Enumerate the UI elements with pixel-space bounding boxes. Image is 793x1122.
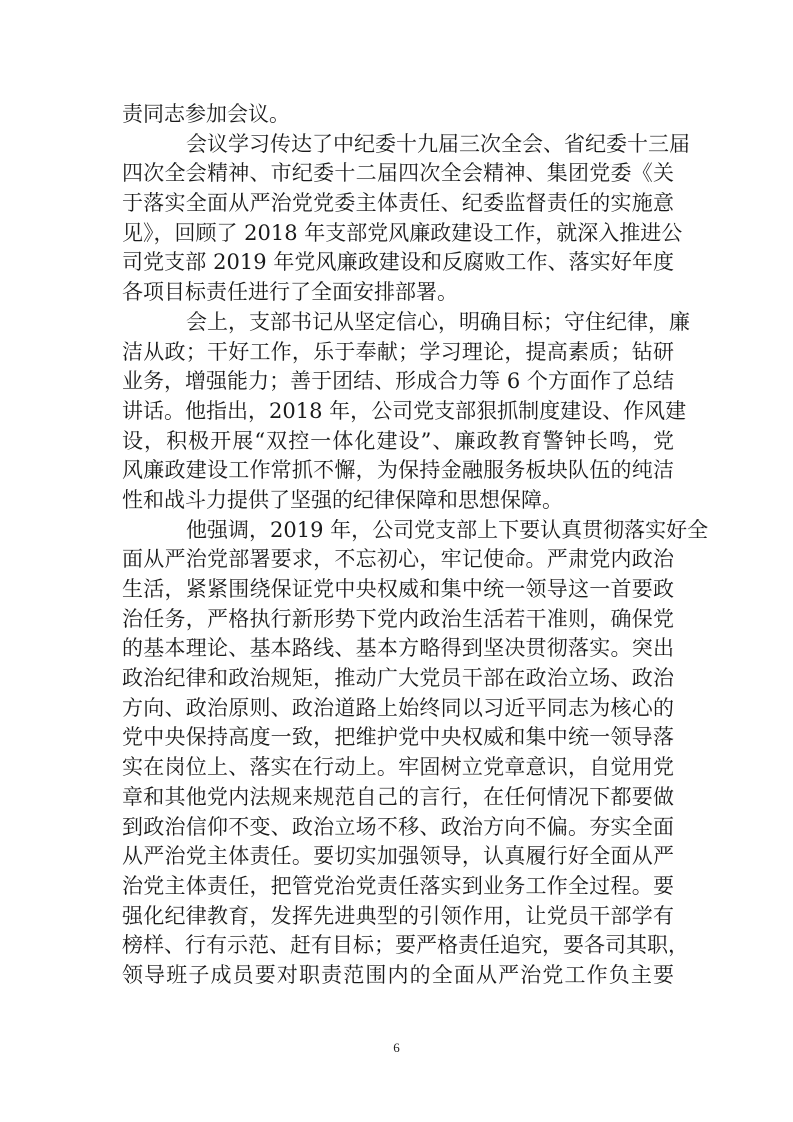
text-line: 面从严治党部署要求，不忘初心，牢记使命。严肃党内政治 [122, 545, 674, 575]
document-body: 责同志参加会议。会议学习传达了中纪委十九届三次全会、省纪委十三届四次全会精神、市… [122, 100, 674, 991]
text-line: 榜样、行有示范、赶有目标；要严格责任追究，要各司其职， [122, 931, 674, 961]
text-line: 强化纪律教育，发挥先进典型的引领作用，让党员干部学有 [122, 902, 674, 932]
text-line: 会上，支部书记从坚定信心，明确目标；守住纪律，廉 [122, 308, 674, 338]
text-line: 责同志参加会议。 [122, 100, 674, 130]
text-line: 到政治信仰不变、政治立场不移、政治方向不偏。夯实全面 [122, 813, 674, 843]
text-line: 政治纪律和政治规矩，推动广大党员干部在政治立场、政治 [122, 664, 674, 694]
text-line: 党中央保持高度一致，把维护党中央权威和集中统一领导落 [122, 723, 674, 753]
text-line: 司党支部 2019 年党风廉政建设和反腐败工作、落实好年度 [122, 248, 674, 278]
text-line: 各项目标责任进行了全面安排部署。 [122, 278, 674, 308]
text-line: 风廉政建设工作常抓不懈，为保持金融服务板块队伍的纯洁 [122, 456, 674, 486]
text-line: 治任务，严格执行新形势下党内政治生活若干准则，确保党 [122, 605, 674, 635]
text-line: 从严治党主体责任。要切实加强领导，认真履行好全面从严 [122, 842, 674, 872]
text-line: 业务，增强能力；善于团结、形成合力等 6 个方面作了总结 [122, 367, 674, 397]
text-line: 于落实全面从严治党党委主体责任、纪委监督责任的实施意 [122, 189, 674, 219]
text-line: 的基本理论、基本路线、基本方略得到坚决贯彻落实。突出 [122, 634, 674, 664]
text-line: 治党主体责任，把管党治党责任落实到业务工作全过程。要 [122, 872, 674, 902]
text-line: 领导班子成员要对职责范围内的全面从严治党工作负主要 [122, 961, 674, 991]
text-line: 章和其他党内法规来规范自己的言行，在任何情况下都要做 [122, 783, 674, 813]
text-line: 会议学习传达了中纪委十九届三次全会、省纪委十三届 [122, 130, 674, 160]
text-line: 洁从政；干好工作，乐于奉献；学习理论，提高素质；钻研 [122, 338, 674, 368]
text-line: 见》，回顾了 2018 年支部党风廉政建设工作，就深入推进公 [122, 219, 674, 249]
text-line: 讲话。他指出，2018 年，公司党支部狠抓制度建设、作风建 [122, 397, 674, 427]
page-number: 6 [0, 1040, 793, 1056]
document-page: 责同志参加会议。会议学习传达了中纪委十九届三次全会、省纪委十三届四次全会精神、市… [0, 0, 793, 1122]
text-line: 四次全会精神、市纪委十二届四次全会精神、集团党委《关 [122, 159, 674, 189]
text-line: 生活，紧紧围绕保证党中央权威和集中统一领导这一首要政 [122, 575, 674, 605]
text-line: 设，积极开展“双控一体化建设”、廉政教育警钟长鸣，党 [122, 427, 674, 457]
text-line: 性和战斗力提供了坚强的纪律保障和思想保障。 [122, 486, 674, 516]
text-line: 方向、政治原则、政治道路上始终同以习近平同志为核心的 [122, 694, 674, 724]
text-line: 实在岗位上、落实在行动上。牢固树立党章意识，自觉用党 [122, 753, 674, 783]
text-line: 他强调，2019 年，公司党支部上下要认真贯彻落实好全 [122, 516, 674, 546]
